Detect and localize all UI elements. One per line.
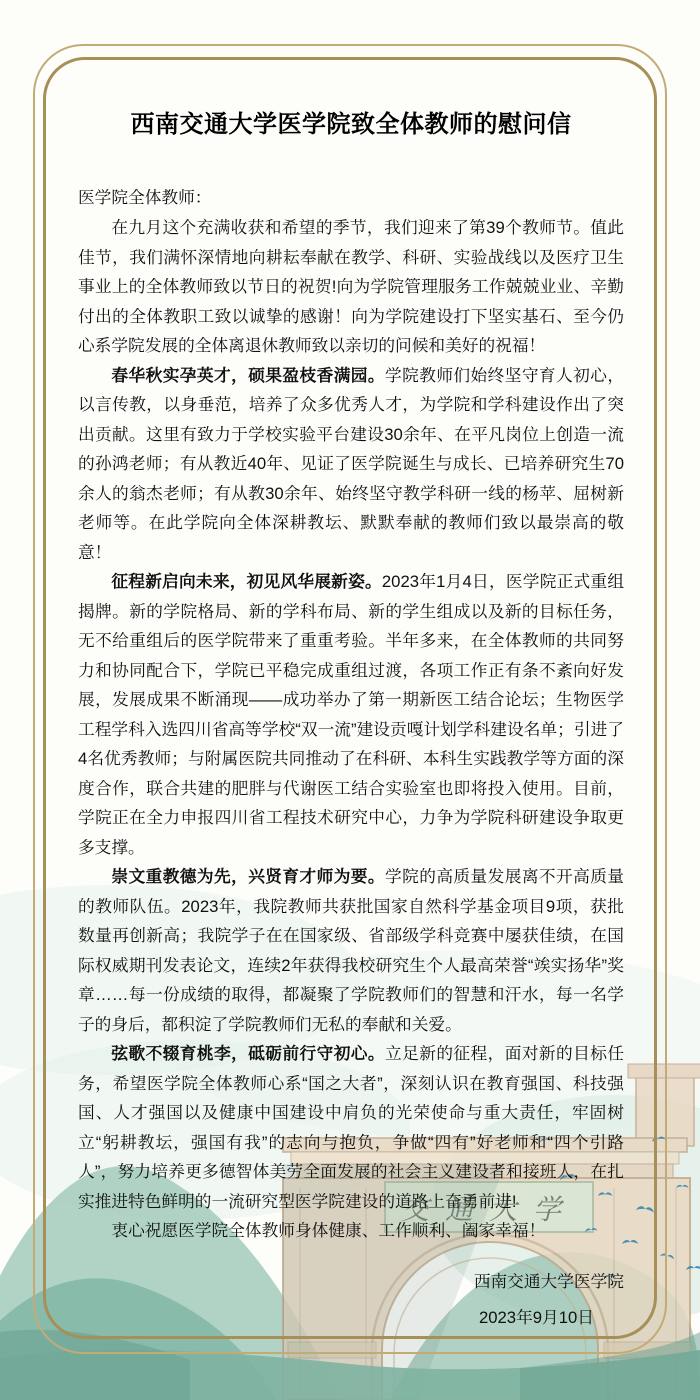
closing-paragraph: 衷心祝愿医学院全体教师身体健康、工作顺利、阖家幸福！ [78, 1216, 624, 1246]
paragraph-3: 征程新启向未来，初见风华展新姿。2023年1月4日，医学院正式重组揭牌。新的学院… [78, 567, 624, 862]
salutation: 医学院全体教师： [78, 183, 624, 213]
paragraph-5: 弦歌不辍育桃李，砥砺前行守初心。立足新的征程，面对新的目标任务，希望医学院全体教… [78, 1039, 624, 1216]
signature-date: 2023年9月10日 [78, 1300, 624, 1336]
paragraph-2-lead: 春华秋实孕英才，硕果盈枝香满园。 [111, 366, 385, 385]
paragraph-5-text: 立足新的征程，面对新的目标任务，希望医学院全体教师心系“国之大者”，深刻认识在教… [78, 1044, 624, 1211]
paragraph-2-text: 学院教师们始终坚守育人初心，以言传教，以身垂范，培养了众多优秀人才，为学院和学科… [78, 366, 624, 562]
signature-org: 西南交通大学医学院 [78, 1264, 624, 1300]
letter-page: 交通大学 西南交通大学医学院致全体教师的慰问信 [0, 0, 700, 1400]
paragraph-5-lead: 弦歌不辍育桃李，砥砺前行守初心。 [111, 1044, 385, 1063]
paragraph-3-lead: 征程新启向未来，初见风华展新姿。 [111, 572, 382, 591]
page-title: 西南交通大学医学院致全体教师的慰问信 [78, 104, 624, 139]
paragraph-2: 春华秋实孕英才，硕果盈枝香满园。学院教师们始终坚守育人初心，以言传教，以身垂范，… [78, 361, 624, 568]
paragraph-1: 在九月这个充满收获和希望的季节，我们迎来了第39个教师节。值此佳节，我们满怀深情… [78, 213, 624, 361]
paragraph-4: 崇文重教德为先，兴贤育才师为要。学院的高质量发展离不开高质量的教师队伍。2023… [78, 862, 624, 1039]
paragraph-1-text: 在九月这个充满收获和希望的季节，我们迎来了第39个教师节。值此佳节，我们满怀深情… [78, 218, 624, 355]
closing-text: 衷心祝愿医学院全体教师身体健康、工作顺利、阖家幸福！ [111, 1221, 545, 1240]
letter-body: 西南交通大学医学院致全体教师的慰问信 医学院全体教师： 在九月这个充满收获和希望… [78, 0, 624, 1336]
paragraph-3-text: 2023年1月4日，医学院正式重组揭牌。新的学院格局、新的学科布局、新的学生组成… [78, 572, 624, 857]
paragraph-4-lead: 崇文重教德为先，兴贤育才师为要。 [111, 867, 385, 886]
signature-block: 西南交通大学医学院 2023年9月10日 [78, 1264, 624, 1336]
paragraph-4-text: 学院的高质量发展离不开高质量的教师队伍。2023年，我院教师共获批国家自然科学基… [78, 867, 624, 1034]
